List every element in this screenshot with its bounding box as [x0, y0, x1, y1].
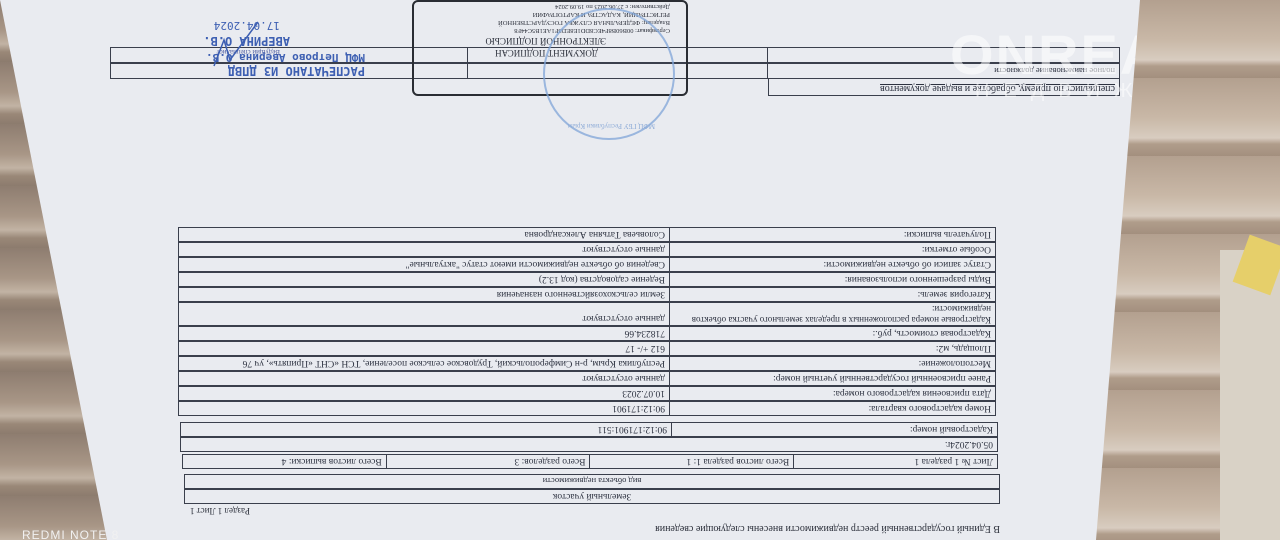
camera-watermark: REDMI NOTE 8: [22, 528, 119, 540]
table-row: Кадастровые номера расположенных в преде…: [178, 302, 996, 326]
row-label: Номер кадастрового квартала:: [669, 402, 995, 415]
object-type-row: Земельный участок: [184, 489, 1000, 504]
table-row: Дата присвоения кадастрового номера: 10.…: [178, 386, 996, 401]
sheet-info-2: Всего листов раздела 1: 1: [590, 455, 794, 468]
row-value: 718234.66: [179, 327, 669, 340]
table-row: Площадь, м2: 612 +/- 17: [178, 341, 996, 356]
row-value: Ведение садоводства (код 13.2): [179, 273, 669, 286]
row-label: Получатель выписки:: [669, 228, 995, 241]
row-label: Дата присвоения кадастрового номера:: [669, 387, 995, 400]
row-label: Местоположение:: [669, 357, 995, 370]
table-row: Виды разрешенного использования: Ведение…: [178, 272, 996, 287]
table-row: Статус записи об объекте недвижимости: С…: [178, 257, 996, 272]
row-value: данные отсутствуют: [179, 372, 669, 385]
sheet-info-row: Лист № 1 раздела 1 Всего листов раздела …: [182, 454, 998, 469]
row-label: Кадастровая стоимость, руб.:: [669, 327, 995, 340]
table-row: Номер кадастрового квартала: 90:12:17190…: [178, 401, 996, 416]
row-label: Категория земель:: [669, 288, 995, 301]
round-seal: МФЦ ГБУ Республики Крым: [543, 8, 675, 140]
row-value: данные отсутствуют: [179, 243, 669, 256]
section-label: Раздел 1 Лист 1: [190, 506, 250, 516]
row-label: Площадь, м2:: [669, 342, 995, 355]
row-value: Земли сельскохозяйственного назначения: [179, 288, 669, 301]
row-value: 10.07.2023: [179, 387, 669, 400]
table-row: Ранее присвоенный государственный учетны…: [178, 371, 996, 386]
table-row: Кадастровая стоимость, руб.: 718234.66: [178, 326, 996, 341]
row-label: Особые отметки:: [669, 243, 995, 256]
row-value: данные отсутствуют: [179, 303, 669, 325]
intro-text: В Единый государственный реестр недвижим…: [655, 523, 1000, 534]
date-row: 05.04.2024г.: [180, 437, 998, 452]
cadastral-number-value: 90:12:171901:511: [181, 423, 671, 436]
row-label: Ранее присвоенный государственный учетны…: [669, 372, 995, 385]
table-row: Местоположение: Республика Крым, р-н Сим…: [178, 356, 996, 371]
sheet-info-1: Лист № 1 раздела 1: [793, 455, 997, 468]
signature-scribble: [210, 20, 260, 70]
extract-date: 05.04.2024г.: [181, 438, 997, 451]
object-type: Земельный участок: [185, 490, 999, 503]
object-type-caption: вид объекта недвижимости: [185, 475, 999, 488]
row-value: Соловьева Татьяна Александровна: [179, 228, 669, 241]
table-row: Получатель выписки: Соловьева Татьяна Ал…: [178, 227, 996, 242]
row-value: 612 +/- 17: [179, 342, 669, 355]
seal-text: МФЦ ГБУ Республики Крым: [568, 122, 655, 130]
row-label: Кадастровые номера расположенных в преде…: [669, 303, 995, 325]
row-value: Республика Крым, р-н Симферопольский, Тр…: [179, 357, 669, 370]
sheet-info-3: Всего разделов: 3: [386, 455, 590, 468]
row-value: Сведения об объекте недвижимости имеют с…: [179, 258, 669, 271]
sheet-info-4: Всего листов выписки: 4: [183, 455, 386, 468]
floor: [1220, 250, 1280, 540]
cadastral-number-label: Кадастровый номер:: [671, 423, 997, 436]
object-type-caption-row: вид объекта недвижимости: [184, 474, 1000, 489]
row-label: Виды разрешенного использования:: [669, 273, 995, 286]
row-label: Статус записи об объекте недвижимости:: [669, 258, 995, 271]
document-paper: В Единый государственный реестр недвижим…: [0, 0, 1280, 540]
table-row: Особые отметки: данные отсутствуют: [178, 242, 996, 257]
row-value: 90:12:171901: [179, 402, 669, 415]
table-row: Категория земель: Земли сельскохозяйстве…: [178, 287, 996, 302]
cadastral-number-row: Кадастровый номер: 90:12:171901:511: [180, 422, 998, 437]
